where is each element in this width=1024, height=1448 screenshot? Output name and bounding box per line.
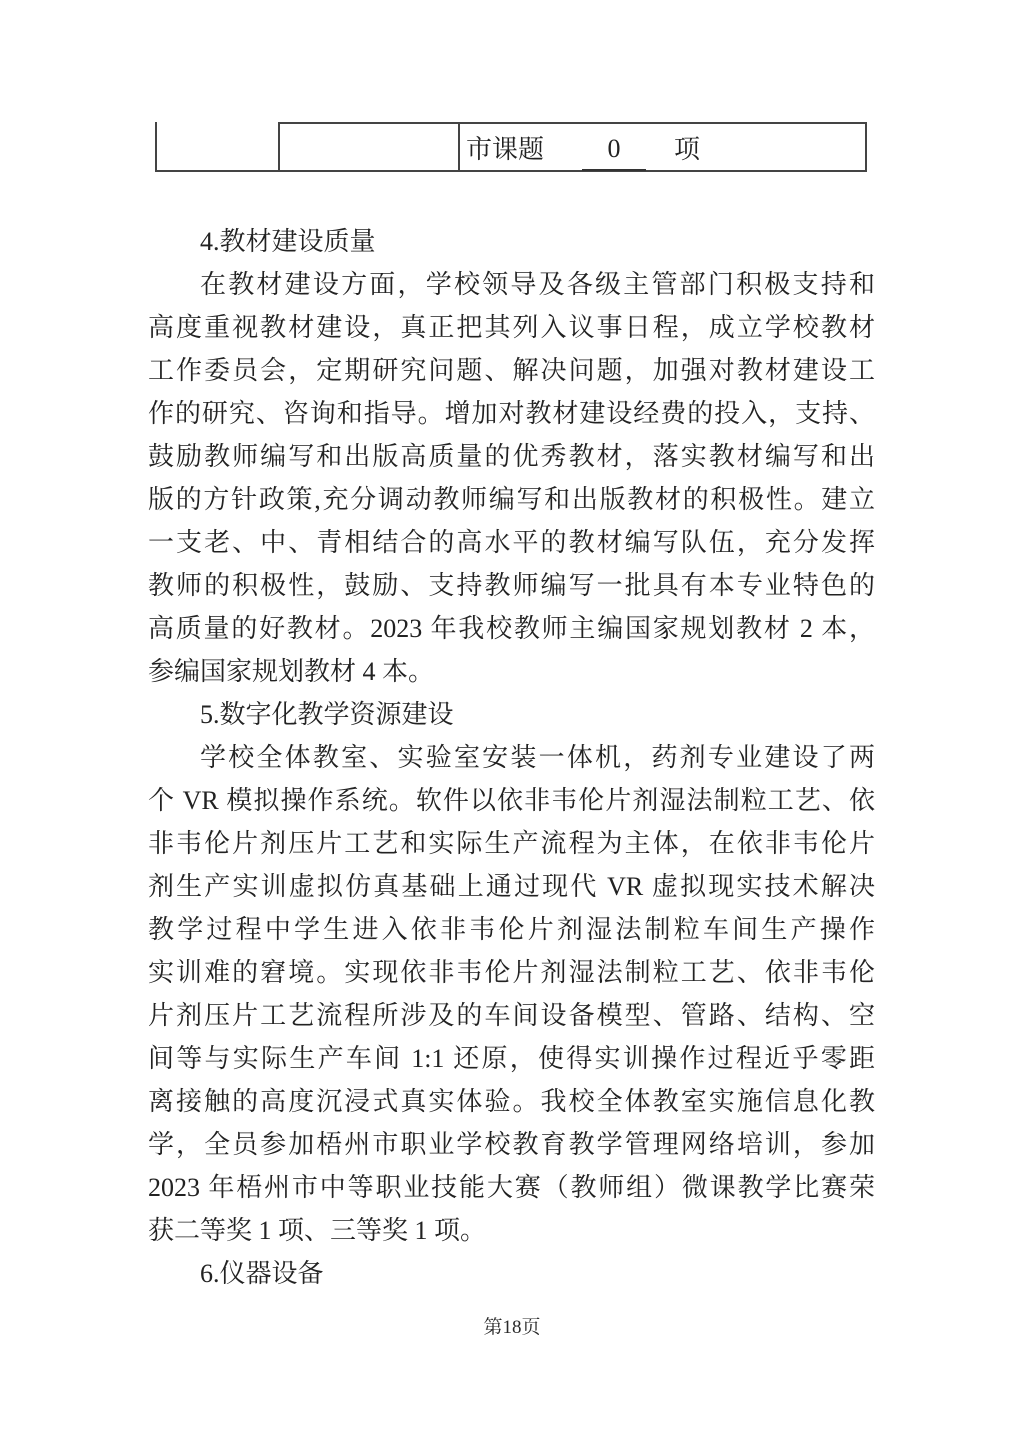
section-4-line: 鼓励教师编写和出版高质量的优秀教材，落实教材编写和出 bbox=[148, 435, 875, 478]
section-4-line: 工作委员会，定期研究问题、解决问题，加强对教材建设工 bbox=[148, 349, 875, 392]
section-4-line: 参编国家规划教材 4 本。 bbox=[148, 650, 875, 693]
section-5-line: 个 VR 模拟操作系统。软件以依非韦伦片剂湿法制粒工艺、依 bbox=[148, 779, 875, 822]
section-5-line: 片剂压片工艺流程所涉及的车间设备模型、管路、结构、空 bbox=[148, 994, 875, 1037]
document-page: 市课题 0 项 4.教材建设质量 在教材建设方面，学校领导及各级主管部门积极支持… bbox=[0, 0, 1024, 1448]
section-5-line: 2023 年梧州市中等职业技能大赛（教师组）微课教学比赛荣 bbox=[148, 1166, 875, 1209]
table-cell-left-empty bbox=[155, 122, 278, 172]
table-fragment: 市课题 0 项 bbox=[155, 122, 867, 172]
section-5-line: 剂生产实训虚拟仿真基础上通过现代 VR 虚拟现实技术解决 bbox=[148, 865, 875, 908]
section-4-line: 在教材建设方面，学校领导及各级主管部门积极支持和 bbox=[148, 263, 875, 306]
city-topic-label: 市课题 bbox=[466, 129, 544, 166]
section-5-line: 实训难的窘境。实现依非韦伦片剂湿法制粒工艺、依非韦伦 bbox=[148, 951, 875, 994]
section-5-line: 学，全员参加梧州市职业学校教育教学管理网络培训，参加 bbox=[148, 1123, 875, 1166]
section-6-heading: 6.仪器设备 bbox=[148, 1252, 875, 1295]
section-5-line: 获二等奖 1 项、三等奖 1 项。 bbox=[148, 1209, 875, 1252]
section-5-line: 离接触的高度沉浸式真实体验。我校全体教室实施信息化教 bbox=[148, 1080, 875, 1123]
table-cell-city-topic: 市课题 0 项 bbox=[458, 122, 867, 172]
section-4-line: 高度重视教材建设，真正把其列入议事日程，成立学校教材 bbox=[148, 306, 875, 349]
page-footer: 第18页 bbox=[0, 1316, 1024, 1340]
section-4-line: 教师的积极性，鼓励、支持教师编写一批具有本专业特色的 bbox=[148, 564, 875, 607]
table-cell-middle-empty bbox=[278, 122, 458, 172]
content-area: 市课题 0 项 4.教材建设质量 在教材建设方面，学校领导及各级主管部门积极支持… bbox=[148, 0, 875, 1295]
section-5-line: 学校全体教室、实验室安装一体机，药剂专业建设了两 bbox=[148, 736, 875, 779]
section-4-line: 版的方针政策,充分调动教师编写和出版教材的积极性。建立 bbox=[148, 478, 875, 521]
page-number: 第18页 bbox=[483, 1317, 540, 1338]
section-5-line: 教学过程中学生进入依非韦伦片剂湿法制粒车间生产操作 bbox=[148, 908, 875, 951]
section-5-heading: 5.数字化教学资源建设 bbox=[148, 693, 875, 736]
section-5-line: 间等与实际生产车间 1:1 还原，使得实训操作过程近乎零距 bbox=[148, 1037, 875, 1080]
section-5-line: 非韦伦片剂压片工艺和实际生产流程为主体，在依非韦伦片 bbox=[148, 822, 875, 865]
city-topic-value-blank: 0 bbox=[582, 133, 646, 171]
section-4-line: 作的研究、咨询和指导。增加对教材建设经费的投入，支持、 bbox=[148, 392, 875, 435]
section-4-heading: 4.教材建设质量 bbox=[148, 220, 875, 263]
section-4-line: 一支老、中、青相结合的高水平的教材编写队伍，充分发挥 bbox=[148, 521, 875, 564]
city-topic-unit: 项 bbox=[674, 129, 700, 166]
section-4-line: 高质量的好教材。2023 年我校教师主编国家规划教材 2 本， bbox=[148, 607, 875, 650]
